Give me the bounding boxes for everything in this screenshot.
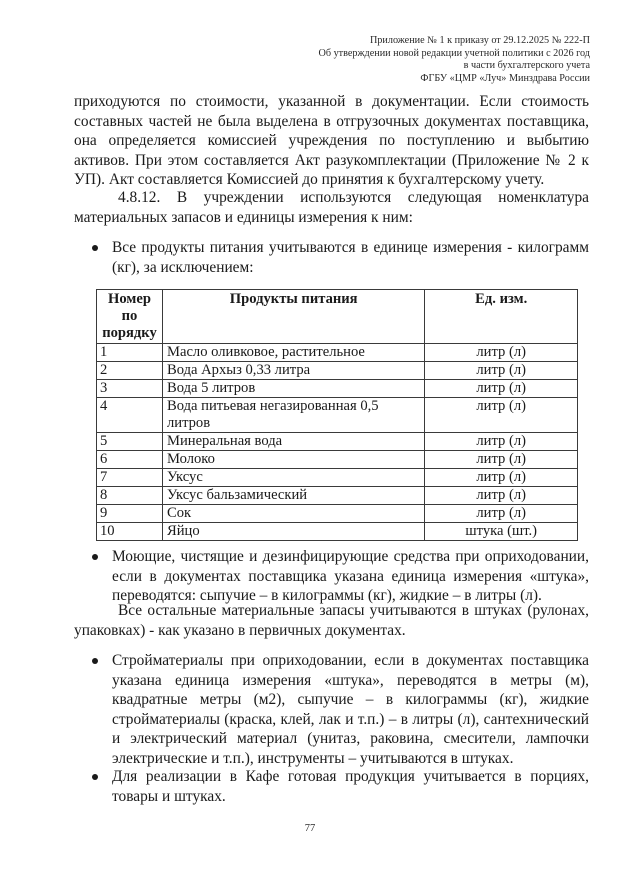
cell-product: Вода Архыз 0,33 литра (162, 362, 424, 380)
cell-number: 5 (97, 433, 163, 451)
header-unit: Ед. изм. (425, 290, 578, 344)
header-number: Номер по порядку (97, 290, 163, 344)
header-product: Продукты питания (162, 290, 424, 344)
cell-number: 8 (97, 487, 163, 505)
bullet-food: Все продукты питания учитываются в едини… (90, 238, 589, 277)
cell-product: Уксус (162, 469, 424, 487)
bullet-text: Все продукты питания учитываются в едини… (112, 239, 589, 276)
header-line: в части бухгалтерского учета (319, 60, 591, 73)
cell-unit: штука (шт.) (425, 523, 578, 541)
cell-number: 4 (97, 398, 163, 433)
cell-product: Яйцо (162, 523, 424, 541)
cell-number: 3 (97, 380, 163, 398)
table-row: 2Вода Архыз 0,33 литралитр (л) (97, 362, 578, 380)
header-line: Об утверждении новой редакции учетной по… (319, 48, 591, 61)
cell-number: 1 (97, 344, 163, 362)
cell-unit: литр (л) (425, 451, 578, 469)
cell-product: Масло оливковое, растительное (162, 344, 424, 362)
table-row: 8Уксус бальзамическийлитр (л) (97, 487, 578, 505)
table-row: 1Масло оливковое, растительноелитр (л) (97, 344, 578, 362)
cell-unit: литр (л) (425, 469, 578, 487)
bullet-cafe: Для реализации в Кафе готовая продукция … (90, 767, 589, 806)
cell-unit: литр (л) (425, 487, 578, 505)
cell-number: 7 (97, 469, 163, 487)
cell-product: Вода 5 литров (162, 380, 424, 398)
cell-unit: литр (л) (425, 362, 578, 380)
table-row: 10Яйцоштука (шт.) (97, 523, 578, 541)
cell-number: 9 (97, 505, 163, 523)
document-header: Приложение № 1 к приказу от 29.12.2025 №… (319, 35, 591, 85)
bullet-cleaning: Моющие, чистящие и дезинфицирующие средс… (90, 547, 589, 606)
bullet-text: Моющие, чистящие и дезинфицирующие средс… (112, 548, 589, 604)
bullet-text: Для реализации в Кафе готовая продукция … (112, 768, 589, 805)
table-row: 3Вода 5 литровлитр (л) (97, 380, 578, 398)
table-row: 4Вода питьевая негазированная 0,5 литров… (97, 398, 578, 433)
continuation-paragraph: приходуются по стоимости, указанной в до… (74, 92, 589, 190)
bullet-text: Стройматериалы при оприходовании, если в… (112, 652, 589, 767)
table-row: 6Молоколитр (л) (97, 451, 578, 469)
cell-unit: литр (л) (425, 433, 578, 451)
cell-number: 6 (97, 451, 163, 469)
cell-product: Молоко (162, 451, 424, 469)
page-number: 77 (0, 823, 620, 834)
cell-product: Уксус бальзамический (162, 487, 424, 505)
cell-unit: литр (л) (425, 505, 578, 523)
table-row: 9Соклитр (л) (97, 505, 578, 523)
header-line: Приложение № 1 к приказу от 29.12.2025 №… (319, 35, 591, 48)
food-units-table: Номер по порядку Продукты питания Ед. из… (96, 289, 578, 541)
bullet-construction: Стройматериалы при оприходовании, если в… (90, 651, 589, 769)
cell-product: Сок (162, 505, 424, 523)
section-paragraph-4-8-12: 4.8.12. В учреждении используются следую… (74, 188, 589, 227)
cell-product: Вода питьевая негазированная 0,5 литров (162, 398, 424, 433)
cell-product: Минеральная вода (162, 433, 424, 451)
table-row: 7Уксуслитр (л) (97, 469, 578, 487)
cell-number: 10 (97, 523, 163, 541)
table-header-row: Номер по порядку Продукты питания Ед. из… (97, 290, 578, 344)
cell-unit: литр (л) (425, 380, 578, 398)
cell-unit: литр (л) (425, 398, 578, 433)
other-materials-paragraph: Все остальные материальные запасы учитыв… (74, 601, 589, 640)
table-row: 5Минеральная водалитр (л) (97, 433, 578, 451)
cell-unit: литр (л) (425, 344, 578, 362)
header-line: ФГБУ «ЦМР «Луч» Минздрава России (319, 73, 591, 86)
cell-number: 2 (97, 362, 163, 380)
